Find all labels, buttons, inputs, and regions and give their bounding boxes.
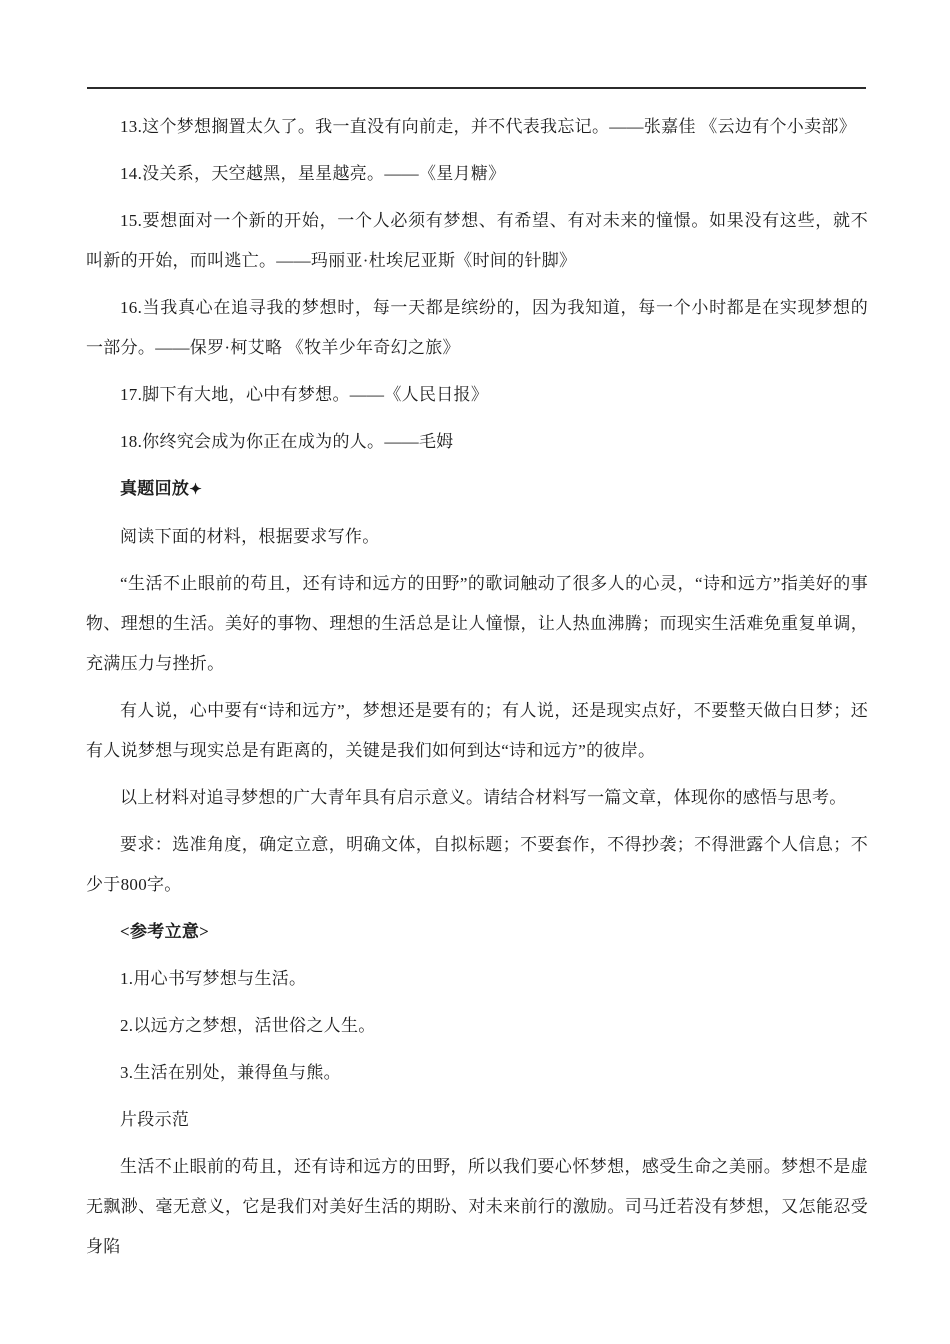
section-heading-exam: 真题回放✦ xyxy=(86,469,868,510)
quote-item-18: 18.你终究会成为你正在成为的人。——毛姆 xyxy=(86,422,868,462)
section-heading-reference-ideas: <参考立意> xyxy=(86,912,868,952)
exam-intro-line: 阅读下面的材料，根据要求写作。 xyxy=(86,517,868,557)
exam-material-paragraph-1: “生活不止眼前的苟且，还有诗和远方的田野”的歌词触动了很多人的心灵，“诗和远方”… xyxy=(86,564,868,684)
reference-idea-1: 1.用心书写梦想与生活。 xyxy=(86,959,868,999)
quote-item-14: 14.没关系，天空越黑，星星越亮。——《星月糖》 xyxy=(86,154,868,194)
quote-item-13: 13.这个梦想搁置太久了。我一直没有向前走，并不代表我忘记。——张嘉佳 《云边有… xyxy=(86,107,868,147)
header-divider-line xyxy=(87,87,866,89)
document-page: 13.这个梦想搁置太久了。我一直没有向前走，并不代表我忘记。——张嘉佳 《云边有… xyxy=(0,0,950,1344)
demo-section-heading: 片段示范 xyxy=(86,1100,868,1140)
section-heading-exam-label: 真题回放 xyxy=(120,479,189,498)
quote-item-16: 16.当我真心在追寻我的梦想时，每一天都是缤纷的，因为我知道，每一个小时都是在实… xyxy=(86,288,868,368)
sparkle-star-icon: ✦ xyxy=(189,482,202,498)
document-body: 13.这个梦想搁置太久了。我一直没有向前走，并不代表我忘记。——张嘉佳 《云边有… xyxy=(86,107,868,1274)
quote-item-17: 17.脚下有大地，心中有梦想。——《人民日报》 xyxy=(86,375,868,415)
reference-idea-3: 3.生活在别处，兼得鱼与熊。 xyxy=(86,1053,868,1093)
exam-material-paragraph-2: 有人说，心中要有“诗和远方”，梦想还是要有的；有人说，还是现实点好，不要整天做白… xyxy=(86,691,868,771)
reference-idea-2: 2.以远方之梦想，活世俗之人生。 xyxy=(86,1006,868,1046)
demo-paragraph: 生活不止眼前的苟且，还有诗和远方的田野，所以我们要心怀梦想，感受生命之美丽。梦想… xyxy=(86,1147,868,1267)
exam-requirements-paragraph: 要求：选准角度，确定立意，明确文体，自拟标题；不要套作，不得抄袭；不得泄露个人信… xyxy=(86,825,868,905)
quote-item-15: 15.要想面对一个新的开始，一个人必须有梦想、有希望、有对未来的憧憬。如果没有这… xyxy=(86,201,868,281)
exam-material-paragraph-3: 以上材料对追寻梦想的广大青年具有启示意义。请结合材料写一篇文章，体现你的感悟与思… xyxy=(86,778,868,818)
